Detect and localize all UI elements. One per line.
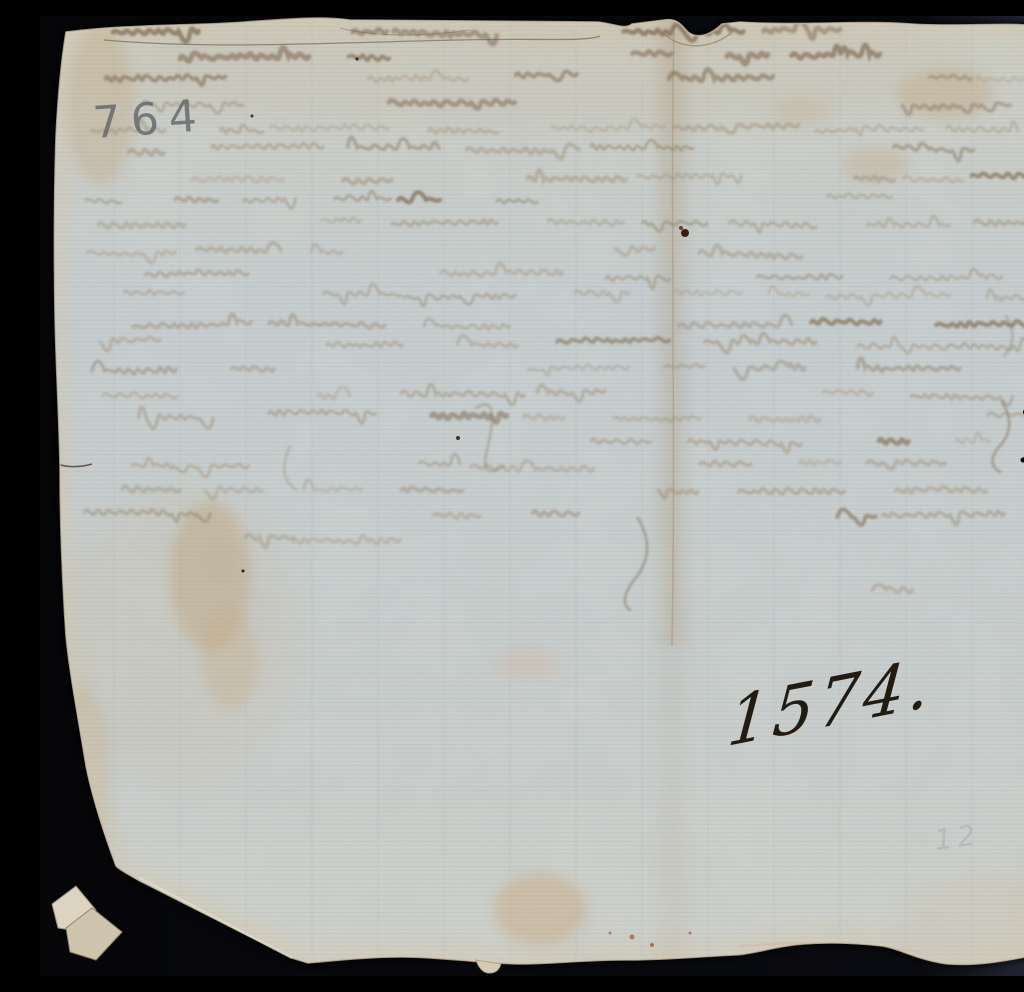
manuscript-scene: 764 1574. 12 xyxy=(40,16,1024,976)
faint-pencil-number: 12 xyxy=(932,818,982,857)
pencil-archival-number: 764 xyxy=(91,90,208,149)
paper-grain xyxy=(40,16,1024,976)
manuscript-photo: 764 1574. 12 xyxy=(40,16,1024,976)
